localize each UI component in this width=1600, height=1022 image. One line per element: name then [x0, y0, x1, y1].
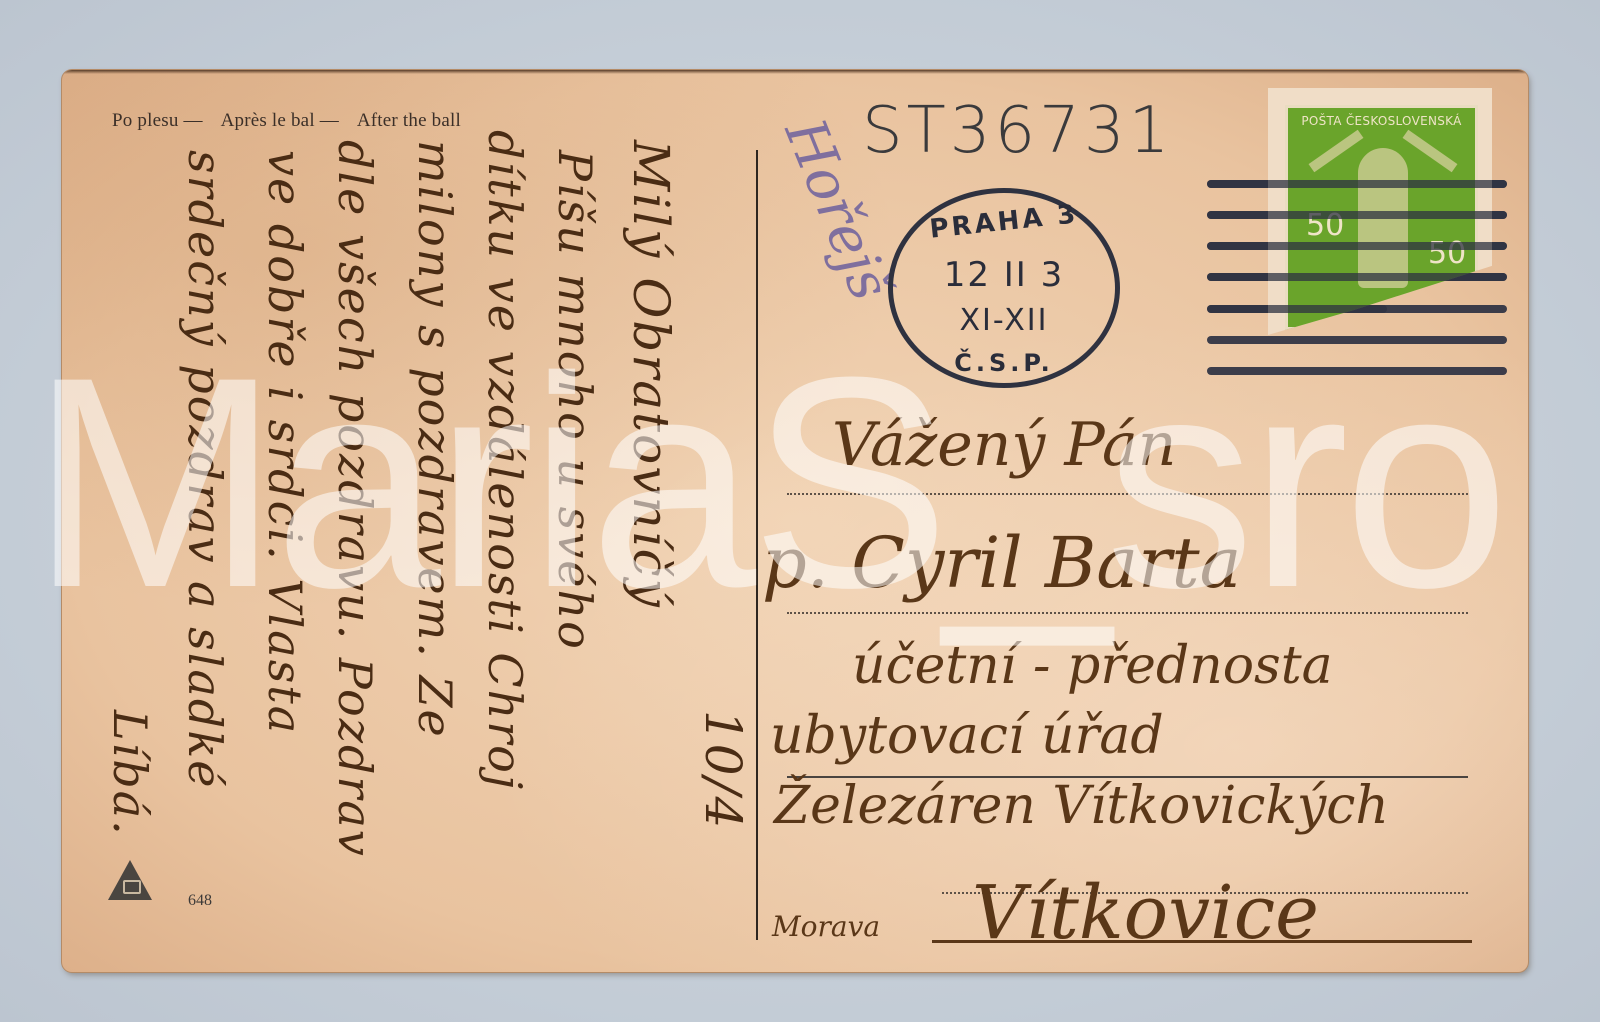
message-signoff: Líbá. [103, 710, 157, 837]
address-city: Vítkovice [972, 870, 1319, 956]
address-salutation: Vážený Pán [832, 410, 1176, 480]
message-line: srdečný pozdrav a sladké [178, 150, 232, 789]
message-line: Píšu mnoho u svého [548, 150, 602, 651]
stamp-figure-arm [1403, 130, 1458, 173]
message-line: dle všech pozdravu. Pozdrav [328, 140, 382, 858]
printed-caption: Po plesu — Après le bal — After the ball [112, 110, 475, 132]
cancel-bar-overlay [1207, 211, 1507, 219]
address-name: p. Cyril Barta [762, 522, 1241, 604]
cancel-bar [1207, 367, 1507, 375]
postcard-back: Po plesu — Après le bal — After the ball… [62, 70, 1528, 972]
message-salutation: Milý Obratovníčý [622, 140, 680, 609]
address-divider-line [756, 150, 758, 940]
address-dotted-line [787, 493, 1468, 495]
address-underline [932, 940, 1472, 943]
publisher-triangle-logo-icon [108, 860, 152, 900]
cancel-bar-overlay [1207, 180, 1507, 188]
message-date: 10/4 [694, 710, 752, 830]
postmark-date: 12 II 3 [893, 255, 1115, 295]
cancel-bar-overlay [1207, 273, 1507, 281]
address-company: Železáren Vítkovických [774, 776, 1389, 836]
message-line: ve dobře i srdci. Vlasta [258, 150, 312, 735]
postmark: PRAHA 3 12 II 3 XI-XII Č.S.P. [888, 188, 1120, 388]
stamp-inscription: POŠTA ČESKOSLOVENSKÁ [1288, 114, 1475, 128]
cancel-bar-overlay [1207, 242, 1507, 250]
publisher-number: 648 [188, 892, 212, 910]
stamp-figure-arm [1309, 130, 1364, 173]
cancel-bar [1207, 336, 1507, 344]
caption-czech: Po plesu — [112, 110, 203, 131]
postmark-country: Č.S.P. [893, 349, 1115, 377]
address-dotted-line [787, 612, 1468, 614]
postmark-city: PRAHA 3 [892, 195, 1116, 248]
address-region: Morava [772, 910, 880, 943]
address-office: ubytovací úřad [770, 706, 1164, 766]
postmark-time: XI-XII [893, 303, 1115, 338]
message-line: dítku ve vzdálenosti Chroj [478, 130, 532, 791]
caption-english: After the ball [357, 110, 461, 131]
caption-french: Après le bal — [221, 110, 339, 131]
message-line: milony s pozdravem. Ze [408, 140, 462, 739]
cancel-bar-overlay [1207, 305, 1387, 313]
reference-number: ST36731 [862, 94, 1173, 168]
address-title: účetní - přednosta [852, 636, 1333, 696]
